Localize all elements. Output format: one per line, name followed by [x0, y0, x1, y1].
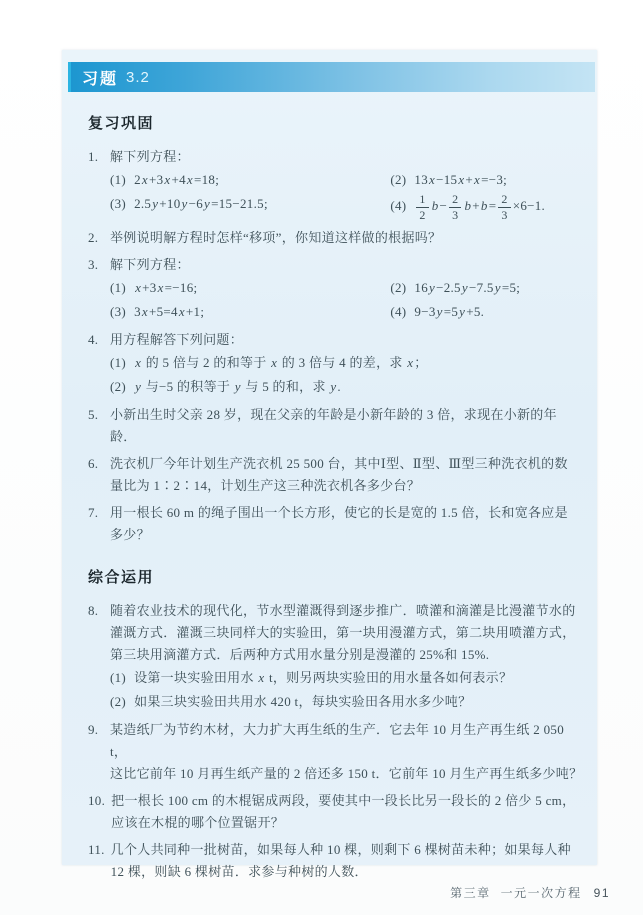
textbook-page: 习题 3.2 复习巩固1.解下列方程：(1)2x+3x+4x=18;(2)13x… [0, 0, 643, 915]
fraction: 12 [416, 193, 428, 221]
problem-body: 把一根长 100 cm 的木棍锯成两段，要使其中一段长比另一段长的 2 倍少 5… [111, 790, 583, 834]
problem-body: 举例说明解方程时怎样“移项”，你知道这样做的根据吗？ [110, 227, 583, 249]
problem-text-line: 12 棵，则缺 6 棵树苗．求参与种树的人数． [111, 861, 583, 883]
subpart-label: (2) [390, 172, 406, 187]
problem-text-line: 把一根长 100 cm 的木棍锯成两段，要使其中一段长比另一段长的 2 倍少 5… [111, 790, 583, 812]
problem-body: 随着农业技术的现代化，节水型灌溉得到逐步推广．喷灌和滴灌是比漫灌节水的灌溉方式．… [110, 600, 583, 714]
problem-item: 3.解下列方程：(1)x+3x=−16;(2)16y−2.5y−7.5y=5;(… [88, 254, 583, 324]
problem-text-line: 随着农业技术的现代化，节水型灌溉得到逐步推广．喷灌和滴灌是比漫灌节水的 [110, 600, 583, 622]
subpart-label: (1) [110, 355, 126, 370]
exercise-header-bar: 习题 3.2 [68, 62, 595, 92]
problem-number: 3. [88, 254, 104, 324]
problem-body: 用一根长 60 m 的绳子围出一个长方形，使它的长是宽的 1.5 倍，长和宽各应… [110, 502, 583, 546]
problem-text-line: 解下列方程： [110, 146, 583, 168]
problem-body: 小新出生时父亲 28 岁，现在父亲的年龄是小新年龄的 3 倍，求现在小新的年龄． [110, 404, 583, 448]
fraction: 23 [498, 193, 510, 221]
subpart-label: (3) [110, 196, 126, 211]
problem-item: 6.洗衣机厂今年计划生产洗衣机 25 500 台，其中Ⅰ型、Ⅱ型、Ⅲ型三种洗衣机… [88, 453, 583, 497]
subpart-math: x+3x=−16; [134, 280, 197, 295]
problem-subpart: (2)如果三块实验田共用水 420 t，每块实验田各用水多少吨？ [110, 690, 583, 714]
problem-body: 几个人共同种一批树苗，如果每人种 10 棵，则剩下 6 棵树苗未种；如果每人种1… [111, 839, 583, 883]
page-content-area: 习题 3.2 复习巩固1.解下列方程：(1)2x+3x+4x=18;(2)13x… [62, 50, 597, 865]
footer-chapter-title: 一元一次方程 [501, 886, 582, 900]
problem-text-line: 多少？ [110, 524, 583, 546]
subpart-math: 如果三块实验田共用水 420 t，每块实验田各用水多少吨？ [134, 694, 471, 709]
problem-item: 9.某造纸厂为节约木材，大力扩大再生纸的生产．它去年 10 月生产再生纸 2 0… [88, 719, 583, 785]
section-heading: 复习巩固 [88, 112, 597, 133]
problem-item: 7.用一根长 60 m 的绳子围出一个长方形，使它的长是宽的 1.5 倍，长和宽… [88, 502, 583, 546]
subpart-label: (2) [390, 280, 406, 295]
subpart-math: x 的 5 倍与 2 的和等于 x 的 3 倍与 4 的差，求 x； [134, 355, 428, 370]
problem-item: 1.解下列方程：(1)2x+3x+4x=18;(2)13x−15x+x=−3;(… [88, 146, 583, 222]
subpart-math: 16y−2.5y−7.5y=5; [414, 280, 520, 295]
problem-number: 2. [88, 227, 104, 249]
exercise-label: 习题 [82, 66, 118, 89]
subpart-label: (4) [390, 198, 406, 213]
subpart-label: (4) [390, 304, 406, 319]
problem-parts: (1)设第一块实验田用水 x t，则另两块实验田的用水量各如何表示？(2)如果三… [110, 666, 583, 714]
problem-parts: (1)x+3x=−16;(2)16y−2.5y−7.5y=5;(3)3x+5=4… [110, 276, 583, 324]
subpart-math: 3x+5=4x+1; [134, 304, 204, 319]
problem-text-line: 应该在木棍的哪个位置锯开？ [111, 812, 583, 834]
problem-text-line: 用一根长 60 m 的绳子围出一个长方形，使它的长是宽的 1.5 倍，长和宽各应… [110, 502, 583, 524]
subpart-label: (3) [110, 304, 126, 319]
problem-subpart: (1)x 的 5 倍与 2 的和等于 x 的 3 倍与 4 的差，求 x； [110, 351, 583, 375]
footer-page-number: 91 [594, 886, 610, 900]
problem-subpart: (4)9−3y=5y+5. [390, 300, 589, 324]
problem-text-line: 这比它前年 10 月再生纸产量的 2 倍还多 150 t．它前年 10 月生产再… [110, 763, 583, 785]
subpart-label: (1) [110, 280, 126, 295]
section-heading: 综合运用 [88, 566, 597, 587]
problem-text-line: 第三块用滴灌方式．后两种方式用水量分别是漫灌的 25%和 15%. [110, 644, 583, 666]
subpart-label: (1) [110, 670, 126, 685]
problem-item: 2.举例说明解方程时怎样“移项”，你知道这样做的根据吗？ [88, 227, 583, 249]
problem-item: 11.几个人共同种一批树苗，如果每人种 10 棵，则剩下 6 棵树苗未种；如果每… [88, 839, 583, 883]
problem-subpart: (1)设第一块实验田用水 x t，则另两块实验田的用水量各如何表示？ [110, 666, 583, 690]
problem-text-line: 举例说明解方程时怎样“移项”，你知道这样做的根据吗？ [110, 227, 583, 249]
problem-subpart: (1)2x+3x+4x=18; [110, 168, 384, 192]
page-footer: 第三章一元一次方程91 [450, 884, 610, 901]
footer-chapter: 第三章 [450, 886, 491, 900]
problem-number: 4. [88, 329, 104, 399]
problem-text-line: 灌溉方式．灌溉三块同样大的实验田，第一块用漫灌方式，第二块用喷灌方式， [110, 622, 583, 644]
problem-body: 解下列方程：(1)2x+3x+4x=18;(2)13x−15x+x=−3;(3)… [110, 146, 583, 222]
problem-body: 解下列方程：(1)x+3x=−16;(2)16y−2.5y−7.5y=5;(3)… [110, 254, 583, 324]
problem-text-line: 某造纸厂为节约木材，大力扩大再生纸的生产．它去年 10 月生产再生纸 2 050… [110, 719, 583, 763]
problem-item: 10.把一根长 100 cm 的木棍锯成两段，要使其中一段长比另一段长的 2 倍… [88, 790, 583, 834]
problem-number: 9. [88, 719, 104, 785]
subpart-label: (1) [110, 172, 126, 187]
subpart-math: 13x−15x+x=−3; [414, 172, 507, 187]
problem-parts: (1)2x+3x+4x=18;(2)13x−15x+x=−3;(3)2.5y+1… [110, 168, 583, 222]
subpart-label: (2) [110, 379, 126, 394]
problem-text-line: 解下列方程： [110, 254, 583, 276]
fraction: 23 [449, 193, 461, 221]
subpart-math: 2x+3x+4x=18; [134, 172, 219, 187]
problem-number: 8. [88, 600, 104, 714]
problem-text-line: 量比为 1∶2∶14，计划生产这三种洗衣机各多少台？ [110, 475, 583, 497]
exercise-number: 3.2 [126, 69, 150, 86]
problem-item: 8.随着农业技术的现代化，节水型灌溉得到逐步推广．喷灌和滴灌是比漫灌节水的灌溉方… [88, 600, 583, 714]
problem-parts: (1)x 的 5 倍与 2 的和等于 x 的 3 倍与 4 的差，求 x；(2)… [110, 351, 583, 399]
subpart-math: 9−3y=5y+5. [414, 304, 484, 319]
problem-body: 洗衣机厂今年计划生产洗衣机 25 500 台，其中Ⅰ型、Ⅱ型、Ⅲ型三种洗衣机的数… [110, 453, 583, 497]
problem-number: 10. [88, 790, 105, 834]
problem-item: 4.用方程解答下列问题：(1)x 的 5 倍与 2 的和等于 x 的 3 倍与 … [88, 329, 583, 399]
problem-text-line: 几个人共同种一批树苗，如果每人种 10 棵，则剩下 6 棵树苗未种；如果每人种 [111, 839, 583, 861]
problem-body: 用方程解答下列问题：(1)x 的 5 倍与 2 的和等于 x 的 3 倍与 4 … [110, 329, 583, 399]
subpart-label: (2) [110, 694, 126, 709]
problem-body: 某造纸厂为节约木材，大力扩大再生纸的生产．它去年 10 月生产再生纸 2 050… [110, 719, 583, 785]
subpart-math: 12b−23b+b=23×6−1. [414, 198, 545, 213]
problem-subpart: (2)y 与−5 的积等于 y 与 5 的和，求 y. [110, 375, 583, 399]
problem-number: 7. [88, 502, 104, 546]
problem-subpart: (3)2.5y+10y−6y=15−21.5; [110, 192, 384, 222]
problem-item: 5.小新出生时父亲 28 岁，现在父亲的年龄是小新年龄的 3 倍，求现在小新的年… [88, 404, 583, 448]
subpart-math: 设第一块实验田用水 x t，则另两块实验田的用水量各如何表示？ [134, 670, 512, 685]
problem-number: 6. [88, 453, 104, 497]
problem-text-line: 小新出生时父亲 28 岁，现在父亲的年龄是小新年龄的 3 倍，求现在小新的年龄． [110, 404, 583, 448]
subpart-math: 2.5y+10y−6y=15−21.5; [134, 196, 268, 211]
problem-subpart: (2)13x−15x+x=−3; [390, 168, 589, 192]
problem-number: 11. [88, 839, 105, 883]
problem-subpart: (4)12b−23b+b=23×6−1. [390, 192, 589, 222]
problem-subpart: (1)x+3x=−16; [110, 276, 384, 300]
problem-text-line: 用方程解答下列问题： [110, 329, 583, 351]
problem-subpart: (3)3x+5=4x+1; [110, 300, 384, 324]
problem-subpart: (2)16y−2.5y−7.5y=5; [390, 276, 589, 300]
problem-sections: 复习巩固1.解下列方程：(1)2x+3x+4x=18;(2)13x−15x+x=… [62, 112, 597, 883]
problem-number: 5. [88, 404, 104, 448]
problem-text-line: 洗衣机厂今年计划生产洗衣机 25 500 台，其中Ⅰ型、Ⅱ型、Ⅲ型三种洗衣机的数 [110, 453, 583, 475]
problem-number: 1. [88, 146, 104, 222]
subpart-math: y 与−5 的积等于 y 与 5 的和，求 y. [134, 379, 341, 394]
